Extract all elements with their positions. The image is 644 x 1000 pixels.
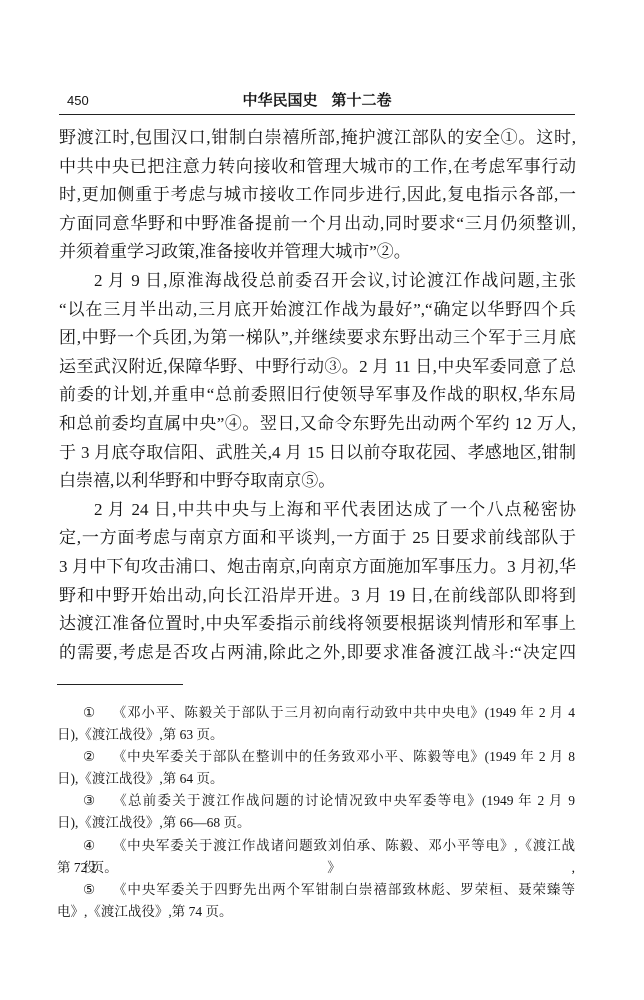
footnote-line: 日),《渡江战役》,第 66—68 页。	[57, 812, 575, 834]
footnote-line: ④《中央军委关于渡江作战诸问题致刘伯承、陈毅、邓小平等电》,《渡江战役》,	[57, 835, 575, 857]
text-line: 2 月 9 日,原淮海战役总前委召开会议,讨论渡江作战问题,主张	[59, 267, 576, 296]
footnote-1: ①《邓小平、陈毅关于部队于三月初向南行动致中共中央电》(1949 年 2 月 4…	[57, 702, 575, 746]
text-line: 中共中央已把注意力转向接收和管理大城市的工作,在考虑军事行动	[59, 153, 576, 182]
text-line: 野和中野开始出动,向长江沿岸开进。3 月 19 日,在前线部队即将到	[59, 582, 576, 611]
footnote-line: ⑤《中央军委关于四野先出两个军钳制白崇禧部致林彪、罗荣桓、聂荣臻等	[57, 879, 575, 901]
text-line: 3 月中下旬攻击浦口、炮击南京,向南京方面施加军事压力。3 月初,华	[59, 553, 576, 582]
text-line: 白崇禧,以利华野和中野夺取南京⑤。	[59, 467, 576, 496]
footnote-2: ②《中央军委关于部队在整训中的任务致邓小平、陈毅等电》(1949 年 2 月 8…	[57, 746, 575, 790]
text-line: 时,更加侧重于考虑与城市接收工作同步进行,因此,复电指示各部,一	[59, 181, 576, 210]
footnote-text: 《总前委关于渡江作战问题的讨论情况致中央军委等电》(1949 年 2 月 9	[112, 793, 575, 808]
text-line: 的需要,考虑是否攻占两浦,除此之外,即要求准备渡江战斗:“决定四	[59, 639, 576, 668]
footnote-line: ③《总前委关于渡江作战问题的讨论情况致中央军委等电》(1949 年 2 月 9	[57, 790, 575, 812]
footnote-4: ④《中央军委关于渡江作战诸问题致刘伯承、陈毅、邓小平等电》,《渡江战役》, 第 …	[57, 835, 575, 879]
text-line: 运至武汉附近,保障华野、中野行动③。2 月 11 日,中央军委同意了总	[59, 353, 576, 382]
header-rule	[59, 114, 575, 115]
text-line: 前委的计划,并重申“总前委照旧行使领导军事及作战的职权,华东局	[59, 381, 576, 410]
running-title: 中华民国史第十二卷	[217, 90, 417, 110]
footnote-3: ③《总前委关于渡江作战问题的讨论情况致中央军委等电》(1949 年 2 月 9 …	[57, 790, 575, 834]
footnote-line: 日),《渡江战役》,第 63 页。	[57, 724, 575, 746]
text-line: 达渡江准备位置时,中央军委指示前线将领要根据谈判情形和军事上	[59, 610, 576, 639]
text-line: 野渡江时,包围汉口,钳制白崇禧所部,掩护渡江部队的安全①。这时,	[59, 124, 576, 153]
footnotes: ①《邓小平、陈毅关于部队于三月初向南行动致中共中央电》(1949 年 2 月 4…	[57, 702, 575, 923]
paragraph: 2 月 24 日,中共中央与上海和平代表团达成了一个八点秘密协 定,一方面考虑与…	[59, 496, 576, 668]
text-line: 团,中野一个兵团,为第一梯队”,并继续要求东野出动三个军于三月底	[59, 324, 576, 353]
paragraph: 2 月 9 日,原淮海战役总前委召开会议,讨论渡江作战问题,主张 “以在三月半出…	[59, 267, 576, 496]
book-title: 中华民国史	[242, 91, 317, 109]
footnote-line: ①《邓小平、陈毅关于部队于三月初向南行动致中共中央电》(1949 年 2 月 4	[57, 702, 575, 724]
body-text: 野渡江时,包围汉口,钳制白崇禧所部,掩护渡江部队的安全①。这时, 中共中央已把注…	[59, 124, 576, 667]
footnote-marker: ①	[83, 702, 112, 724]
footnote-text: 《中央军委关于部队在整训中的任务致邓小平、陈毅等电》(1949 年 2 月 8	[112, 749, 575, 764]
footnote-marker: ②	[83, 746, 112, 768]
footnote-line: 日),《渡江战役》,第 64 页。	[57, 768, 575, 790]
footnote-marker: ⑤	[83, 879, 112, 901]
footnote-marker: ④	[83, 835, 112, 857]
footnote-text: 《邓小平、陈毅关于部队于三月初向南行动致中共中央电》(1949 年 2 月 4	[112, 705, 575, 720]
text-line: 定,一方面考虑与南京方面和平谈判,一方面于 25 日要求前线部队于	[59, 524, 576, 553]
text-line: 于 3 月底夺取信阳、武胜关,4 月 15 日以前夺取花园、孝感地区,钳制	[59, 439, 576, 468]
volume-label: 第十二卷	[332, 91, 392, 109]
footnote-5: ⑤《中央军委关于四野先出两个军钳制白崇禧部致林彪、罗荣桓、聂荣臻等 电》,《渡江…	[57, 879, 575, 923]
text-line: 方面同意华野和中野准备提前一个月出动,同时要求“三月仍须整训,	[59, 210, 576, 239]
page-number: 450	[67, 92, 89, 110]
text-line: “以在三月半出动,三月底开始渡江作战为最好”,“确定以华野四个兵	[59, 296, 576, 325]
footnote-text: 《中央军委关于四野先出两个军钳制白崇禧部致林彪、罗荣桓、聂荣臻等	[112, 882, 575, 897]
text-line: 并须着重学习政策,准备接收并管理大城市”②。	[59, 238, 576, 267]
footnote-line: 电》,《渡江战役》,第 74 页。	[57, 901, 575, 923]
footnote-line: ②《中央军委关于部队在整训中的任务致邓小平、陈毅等电》(1949 年 2 月 8	[57, 746, 575, 768]
text-line: 2 月 24 日,中共中央与上海和平代表团达成了一个八点秘密协	[59, 496, 576, 525]
paragraph: 野渡江时,包围汉口,钳制白崇禧所部,掩护渡江部队的安全①。这时, 中共中央已把注…	[59, 124, 576, 267]
footnote-marker: ③	[83, 790, 112, 812]
footnote-rule	[57, 684, 183, 685]
text-line: 和总前委均直属中央”④。翌日,又命令东野先出动两个军约 12 万人,	[59, 410, 576, 439]
footnote-text: 《中央军委关于渡江作战诸问题致刘伯承、陈毅、邓小平等电》,《渡江战役》,	[83, 838, 575, 875]
